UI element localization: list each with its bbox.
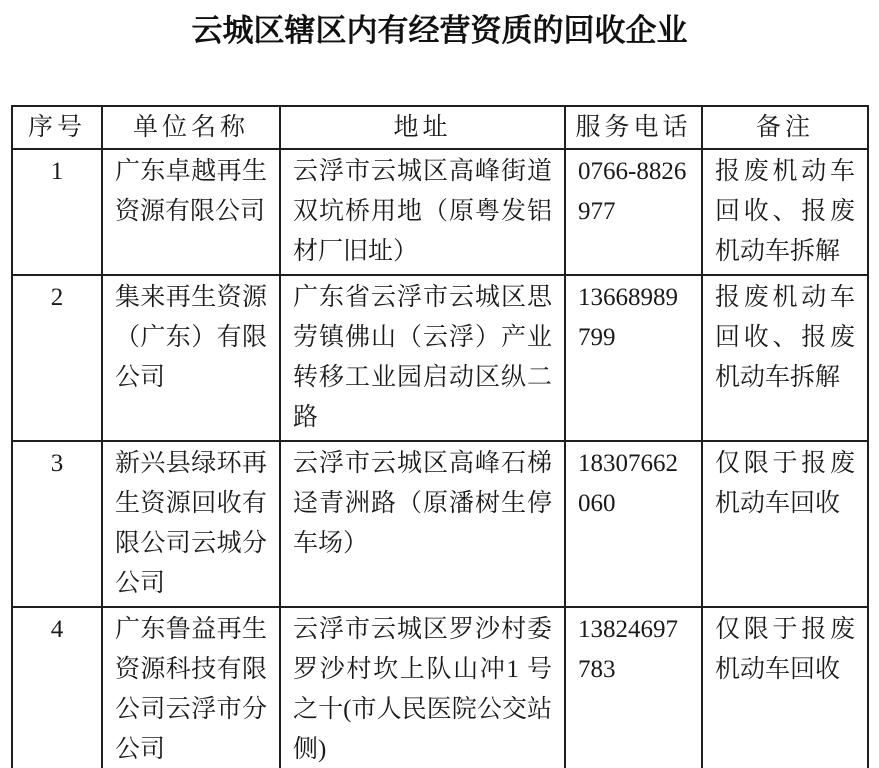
- column-header-name: 单位名称: [102, 106, 280, 149]
- cell-note: 报废机动车回收、报废机动车拆解: [702, 275, 868, 441]
- table-row: 3 新兴县绿环再生资源回收有限公司云城分公司 云浮市云城区高峰石梯迳青洲路（原潘…: [12, 441, 868, 607]
- cell-phone: 13668989799: [565, 275, 702, 441]
- cell-name: 广东鲁益再生资源科技有限公司云浮市分公司: [102, 607, 280, 768]
- cell-no: 4: [12, 607, 102, 768]
- cell-note: 仅限于报废机动车回收: [702, 607, 868, 768]
- cell-address: 云浮市云城区高峰石梯迳青洲路（原潘树生停车场）: [280, 441, 565, 607]
- document-page: 云城区辖区内有经营资质的回收企业 序号 单位名称 地址 服务电话 备注 1 广东…: [0, 0, 879, 768]
- cell-phone: 13824697783: [565, 607, 702, 768]
- cell-name: 广东卓越再生资源有限公司: [102, 149, 280, 275]
- cell-address: 广东省云浮市云城区思劳镇佛山（云浮）产业转移工业园启动区纵二路: [280, 275, 565, 441]
- page-title: 云城区辖区内有经营资质的回收企业: [0, 0, 879, 49]
- cell-phone: 18307662060: [565, 441, 702, 607]
- cell-name: 新兴县绿环再生资源回收有限公司云城分公司: [102, 441, 280, 607]
- cell-name: 集来再生资源（广东）有限公司: [102, 275, 280, 441]
- table-row: 4 广东鲁益再生资源科技有限公司云浮市分公司 云浮市云城区罗沙村委罗沙村坎上队山…: [12, 607, 868, 768]
- cell-note: 报废机动车回收、报废机动车拆解: [702, 149, 868, 275]
- cell-address: 云浮市云城区罗沙村委罗沙村坎上队山冲1 号之十(市人民医院公交站侧): [280, 607, 565, 768]
- cell-no: 3: [12, 441, 102, 607]
- column-header-no: 序号: [12, 106, 102, 149]
- cell-no: 1: [12, 149, 102, 275]
- cell-no: 2: [12, 275, 102, 441]
- recyclers-table: 序号 单位名称 地址 服务电话 备注 1 广东卓越再生资源有限公司 云浮市云城区…: [11, 105, 869, 768]
- column-header-address: 地址: [280, 106, 565, 149]
- table-row: 1 广东卓越再生资源有限公司 云浮市云城区高峰街道双坑桥用地（原粤发铝材厂旧址）…: [12, 149, 868, 275]
- column-header-phone: 服务电话: [565, 106, 702, 149]
- table-row: 2 集来再生资源（广东）有限公司 广东省云浮市云城区思劳镇佛山（云浮）产业转移工…: [12, 275, 868, 441]
- cell-address: 云浮市云城区高峰街道双坑桥用地（原粤发铝材厂旧址）: [280, 149, 565, 275]
- cell-phone: 0766-8826977: [565, 149, 702, 275]
- cell-note: 仅限于报废机动车回收: [702, 441, 868, 607]
- table-header-row: 序号 单位名称 地址 服务电话 备注: [12, 106, 868, 149]
- column-header-note: 备注: [702, 106, 868, 149]
